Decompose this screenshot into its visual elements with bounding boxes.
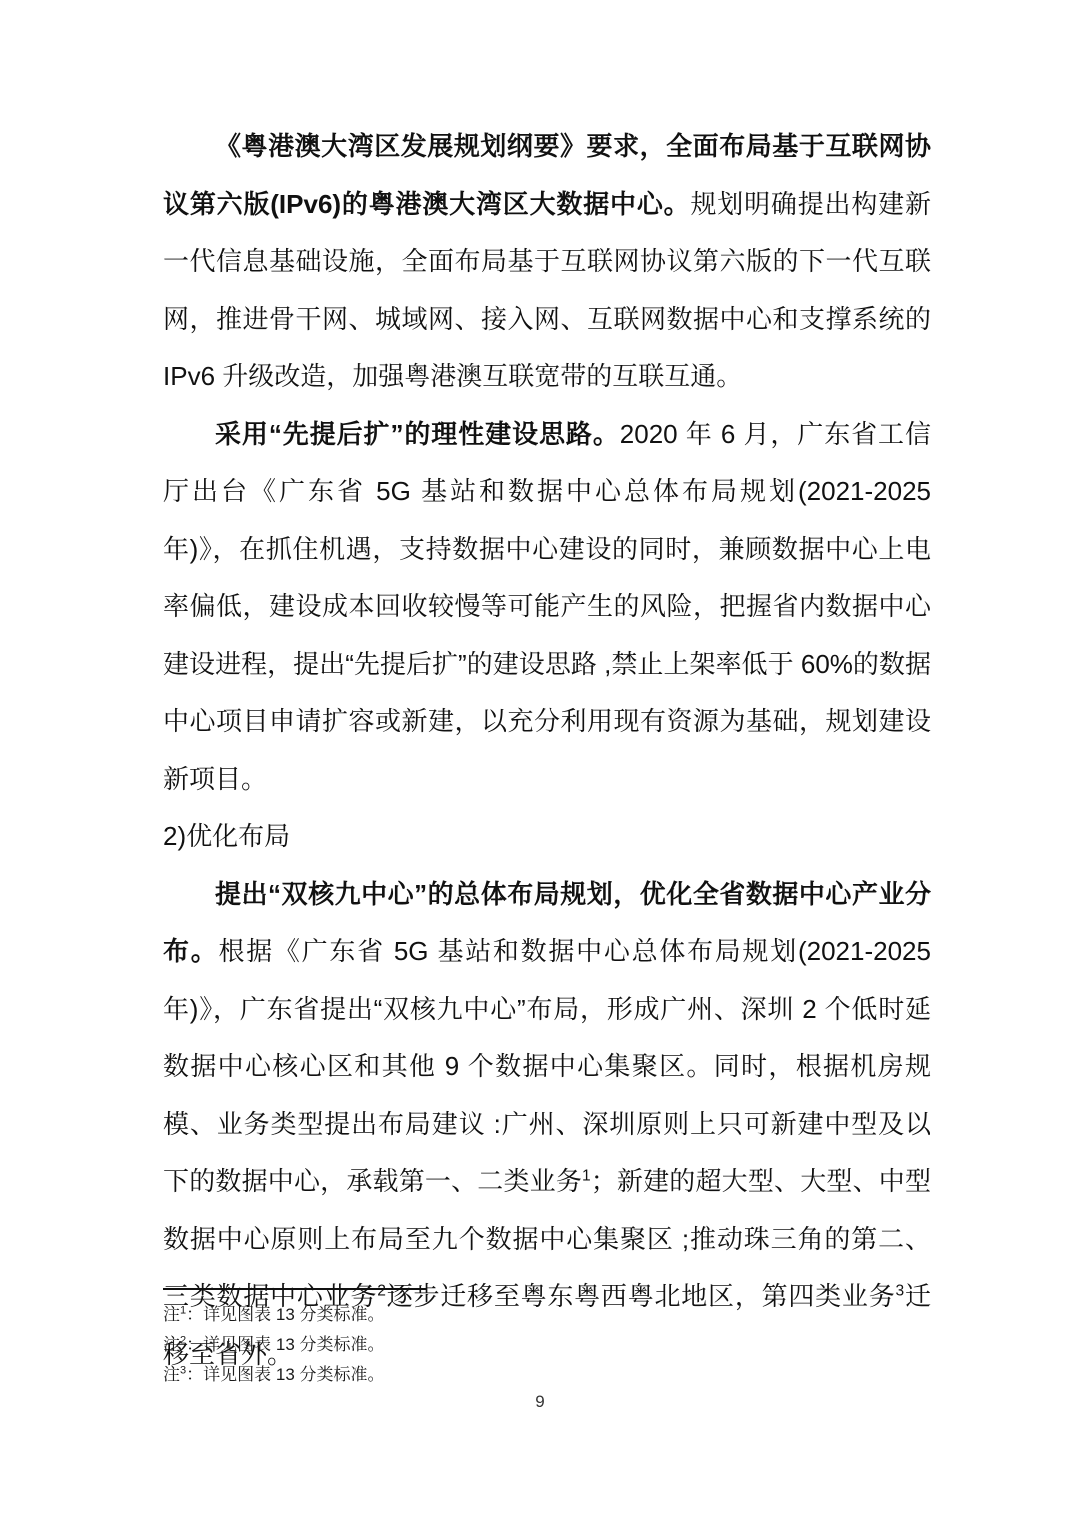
footnote-separator <box>163 1288 427 1290</box>
bold-text-run: 采用“先提后扩”的理性建设思路。 <box>215 419 620 449</box>
footnote: 注1：详见图表 13 分类标准。 <box>163 1300 931 1330</box>
document-body: 《粤港澳大湾区发展规划纲要》要求，全面布局基于互联网协议第六版(IPv6)的粤港… <box>163 118 931 1383</box>
paragraph: 《粤港澳大湾区发展规划纲要》要求，全面布局基于互联网协议第六版(IPv6)的粤港… <box>163 118 931 406</box>
document-page: 《粤港澳大湾区发展规划纲要》要求，全面布局基于互联网协议第六版(IPv6)的粤港… <box>0 0 1080 1527</box>
footnote-marker: 注 <box>163 1305 180 1324</box>
text-run: 根据《广东省 5G 基站和数据中心总体布局规划(2021-2025 年)》，广东… <box>163 936 931 1196</box>
footnote: 注3：详见图表 13 分类标准。 <box>163 1360 931 1390</box>
footnote-marker: 注 <box>163 1335 180 1354</box>
footnote-reference: 1 <box>582 1167 591 1184</box>
footnote-text: ：详见图表 13 分类标准。 <box>186 1335 384 1354</box>
paragraph: 采用“先提后扩”的理性建设思路。2020 年 6 月，广东省工信厅出台《广东省 … <box>163 406 931 809</box>
footnote-text: ：详见图表 13 分类标准。 <box>186 1305 384 1324</box>
footnote: 注2：详见图表 13 分类标准。 <box>163 1330 931 1360</box>
footnote-area: 注1：详见图表 13 分类标准。注2：详见图表 13 分类标准。注3：详见图表 … <box>163 1288 931 1390</box>
footnote-list: 注1：详见图表 13 分类标准。注2：详见图表 13 分类标准。注3：详见图表 … <box>163 1300 931 1390</box>
text-run: 2)优化布局 <box>163 821 290 851</box>
footnote-marker: 注 <box>163 1365 180 1384</box>
text-run: 2020 年 6 月，广东省工信厅出台《广东省 5G 基站和数据中心总体布局规划… <box>163 419 931 794</box>
paragraph: 2)优化布局 <box>163 808 931 866</box>
footnote-text: ：详见图表 13 分类标准。 <box>186 1365 384 1384</box>
page-number: 9 <box>0 1392 1080 1412</box>
